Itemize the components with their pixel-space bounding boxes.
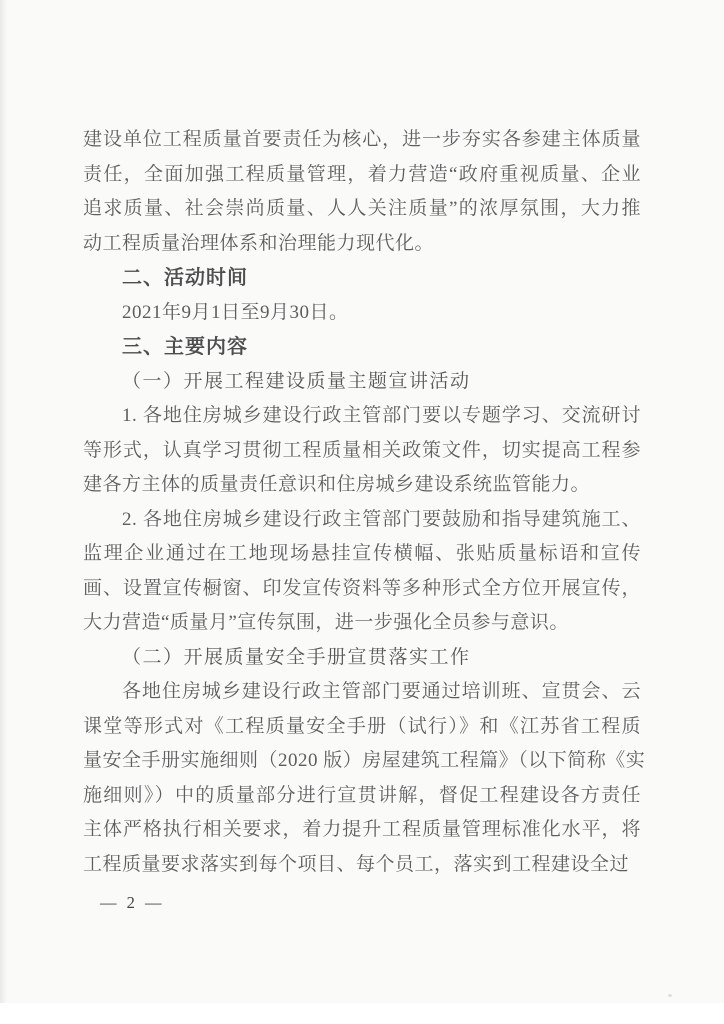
block-heading: 三、主要内容 — [83, 330, 641, 365]
text-line: 建设单位工程质量首要责任为核心，进一步夯实各参建主体质量 — [83, 123, 641, 158]
scan-artifact-speck — [668, 994, 672, 997]
text-line: 画、设置宣传橱窗、印发宣传资料等多种形式全方位开展宣传， — [83, 572, 641, 607]
text-line: 1. 各地住房城乡建设行政主管部门要以专题学习、交流研讨 — [83, 399, 641, 434]
text-line: 等形式，认真学习贯彻工程质量相关政策文件，切实提高工程参 — [83, 434, 641, 469]
block-body: 2021年9月1日至9月30日。 — [83, 296, 641, 331]
scanner-edge-shadow — [0, 0, 7, 1003]
text-line: 主体严格执行相关要求，着力提升工程质量管理标准化水平，将 — [83, 813, 641, 848]
document-body: 建设单位工程质量首要责任为核心，进一步夯实各参建主体质量责任，全面加强工程质量管… — [83, 123, 641, 882]
text-line: 追求质量、社会崇尚质量、人人关注质量”的浓厚氛围，大力推 — [83, 192, 641, 227]
block-body: 2. 各地住房城乡建设行政主管部门要鼓励和指导建筑施工、监理企业通过在工地现场悬… — [83, 503, 641, 641]
text-line: 量安全手册实施细则（2020 版）房屋建筑工程篇》（以下简称《实 — [83, 744, 641, 779]
text-line: 监理企业通过在工地现场悬挂宣传横幅、张贴质量标语和宣传 — [83, 537, 641, 572]
text-line: （一）开展工程建设质量主题宣讲活动 — [83, 365, 641, 400]
text-line: 2021年9月1日至9月30日。 — [83, 296, 641, 331]
page-number: — 2 — — [100, 893, 165, 913]
text-line: 建各方主体的质量责任意识和住房城乡建设系统监管能力。 — [83, 468, 641, 503]
block-body: 1. 各地住房城乡建设行政主管部门要以专题学习、交流研讨等形式，认真学习贯彻工程… — [83, 399, 641, 503]
block-heading: 二、活动时间 — [83, 261, 641, 296]
text-line: 责任，全面加强工程质量管理，着力营造“政府重视质量、企业 — [83, 158, 641, 193]
text-line: 工程质量要求落实到每个项目、每个员工，落实到工程建设全过 — [83, 848, 641, 883]
text-line: 施细则》）中的质量部分进行宣贯讲解，督促工程建设各方责任 — [83, 779, 641, 814]
block-subheading: （一）开展工程建设质量主题宣讲活动 — [83, 365, 641, 400]
block-body: 各地住房城乡建设行政主管部门要通过培训班、宣贯会、云课堂等形式对《工程质量安全手… — [83, 675, 641, 882]
text-line: 三、主要内容 — [83, 330, 641, 365]
text-line: 2. 各地住房城乡建设行政主管部门要鼓励和指导建筑施工、 — [83, 503, 641, 538]
text-line: （二）开展质量安全手册宣贯落实工作 — [83, 641, 641, 676]
block-body: 建设单位工程质量首要责任为核心，进一步夯实各参建主体质量责任，全面加强工程质量管… — [83, 123, 641, 261]
text-line: 动工程质量治理体系和治理能力现代化。 — [83, 227, 641, 262]
text-line: 二、活动时间 — [83, 261, 641, 296]
text-line: 大力营造“质量月”宣传氛围，进一步强化全员参与意识。 — [83, 606, 641, 641]
scanned-page: 建设单位工程质量首要责任为核心，进一步夯实各参建主体质量责任，全面加强工程质量管… — [0, 0, 724, 1003]
text-line: 课堂等形式对《工程质量安全手册（试行）》和《江苏省工程质 — [83, 710, 641, 745]
block-subheading: （二）开展质量安全手册宣贯落实工作 — [83, 641, 641, 676]
text-line: 各地住房城乡建设行政主管部门要通过培训班、宣贯会、云 — [83, 675, 641, 710]
